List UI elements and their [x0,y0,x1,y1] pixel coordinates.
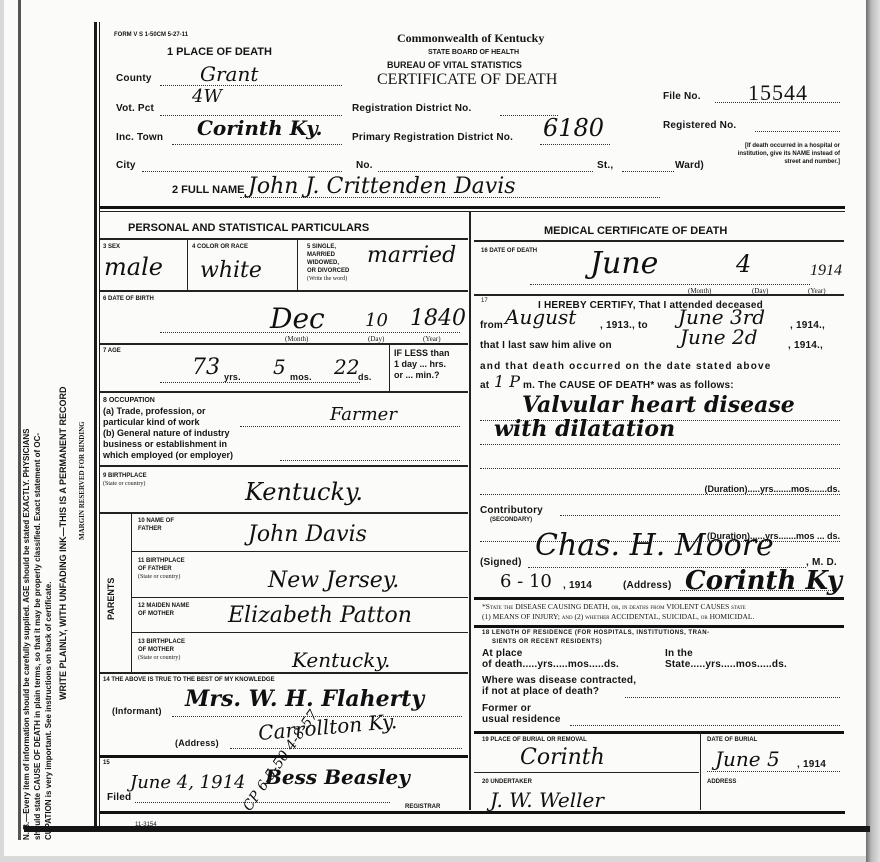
divider-medical-heading [474,240,844,242]
county-value[interactable]: Grant [200,62,258,86]
last-saw-year: , 1914., [788,340,823,351]
informant-label: (Informant) [112,706,162,716]
marital-label-line4: OR DIVORCED [307,267,349,275]
mother-birthplace-label-line3: (State or country) [138,654,185,662]
in-state-line2: State.....yrs.....mos.....ds. [665,659,787,670]
less-than-line1: IF LESS than [394,348,450,359]
inc-town-label: Inc. Town [116,132,163,143]
burial-place-label: 19 PLACE OF BURIAL OR REMOVAL [482,737,587,743]
mother-birthplace-label-line2: OF MOTHER [138,646,185,654]
divider-age [100,391,468,393]
cause-value-2[interactable]: with dilatation [494,416,675,442]
birthplace-label-line2: (State or country) [103,480,147,488]
registrar-label: REGISTRAR [405,804,440,810]
in-state-line1: In the [665,648,787,659]
st-label: St., [597,160,613,171]
from-label: from [480,320,503,331]
form-border-left-thin [99,22,100,832]
registrar-signature[interactable]: Bess Beasley [265,765,410,789]
cause-line-3 [480,468,840,469]
informant-address-line [230,748,462,749]
duration-primary: (Duration).....yrs.......mos.......ds. [480,484,840,495]
age-days[interactable]: 22 [334,355,359,379]
bureau-title: BUREAU OF VITAL STATISTICS [387,60,522,70]
full-name-value[interactable]: John J. Crittenden Davis [248,174,516,199]
dob-day-caption: (Day) [368,335,384,343]
at-label: at [480,380,489,391]
less-than-line2: 1 day ... hrs. [394,359,450,370]
dod-year[interactable]: 1914 [810,262,842,280]
divider-bottom [100,811,845,814]
margin-rule [18,0,21,840]
divider-dob [100,343,468,345]
dob-year[interactable]: 1840 [410,306,466,331]
form-code: FORM V S 1-50CM 5-27-11 [114,32,188,38]
ward-label: Ward) [675,160,704,171]
race-value[interactable]: white [200,258,262,283]
margin-reserved: MARGIN RESERVED FOR BINDING [78,421,86,540]
from-year: , 1913., to [600,320,648,331]
street-line [378,171,593,172]
former-residence: Former or usual residence [482,703,561,725]
dob-label: 6 DATE OF BIRTH [103,296,154,302]
at-place-line1: At place [482,648,619,659]
registration-district-label: Registration District No. [352,103,471,114]
scan-edge-right [866,0,880,862]
mother-name-label: 12 MAIDEN NAME OF MOTHER [138,602,189,618]
sex-label: 3 SEX [103,244,120,250]
certificate-title: CERTIFICATE OF DEATH [377,71,557,89]
registered-no-label: Registered No. [663,120,736,131]
occupation-a-line [240,426,460,427]
mother-name-label-line1: 12 MAIDEN NAME [138,602,189,610]
commonwealth-title: Commonwealth of Kentucky [397,31,544,46]
less-than-line3: or ... min.? [394,370,450,381]
divider-residence [474,731,844,734]
contracted-line2: if not at place of death? [482,686,636,697]
age-years[interactable]: 73 [192,355,220,380]
divider-sex [187,240,188,290]
inc-town-value[interactable]: Corinth Ky. [197,116,322,140]
dod-label: 16 DATE OF DEATH [481,248,537,254]
footnote-line1: *State the DISEASE CAUSING DEATH, or, in… [482,602,754,612]
divider-occupation [100,465,468,467]
birthplace-value[interactable]: Kentucky. [245,478,363,506]
father-birthplace-label: 11 BIRTHPLACE OF FATHER (State or countr… [138,557,185,581]
age-line [160,382,360,383]
marital-label: 5 SINGLE, MARRIED WIDOWED, OR DIVORCED (… [307,243,349,283]
father-name-label-line2: FATHER [138,525,174,533]
city-line [142,171,342,172]
form-border-left [94,22,97,832]
divider-name [100,206,845,209]
no-label: No. [356,160,373,171]
burial-place-line [474,772,699,773]
divider-parents [100,672,468,674]
mother-name-value[interactable]: Elizabeth Patton [228,603,412,628]
occupation-label: 8 OCCUPATION (a) Trade, profession, or p… [103,395,233,461]
residence-heading: 18 LENGTH OF RESIDENCE (FOR HOSPITALS, I… [482,629,710,647]
contributory-line [560,515,840,516]
filed-label: Filed [107,792,131,803]
undertaker-label: 20 UNDERTAKER [482,779,532,785]
divider-name-thin [100,211,845,212]
mother-name-label-line2: OF MOTHER [138,610,189,618]
sex-value[interactable]: male [104,253,163,281]
dod-day[interactable]: 4 [736,250,751,278]
residence-heading-line1: 18 LENGTH OF RESIDENCE (FOR HOSPITALS, I… [482,629,710,638]
divider-father-name [131,551,468,552]
certify-num: 17 [481,298,488,304]
divider-race [297,240,298,290]
former-line2: usual residence [482,714,561,725]
divider-mother-name [131,632,468,633]
occupation-a-line2: particular kind of work [103,417,233,428]
filed-line [135,802,390,803]
marital-label-line5: (Write the word) [307,275,349,283]
parents-label: PARENTS [106,578,116,620]
file-no-value[interactable]: 15544 [748,80,808,106]
dob-year-caption: (Year) [423,335,441,343]
full-name-label: 2 FULL NAME [172,184,245,196]
center-divider [469,212,471,810]
burial-date-line [707,771,840,772]
vot-pct-label: Vot. Pct [116,103,154,114]
birthplace-label: 9 BIRTHPLACE (State or country) [103,472,147,488]
signed-value[interactable]: Chas. H. Moore [535,528,774,563]
ward-line [622,171,674,172]
footer-code: 11-3154 [135,822,157,828]
occupation-b-line3: which employed (or employer) [103,450,233,461]
city-label: City [116,160,136,171]
footnote-line2: (1) MEANS OF INJURY; and (2) whether ACC… [482,612,754,622]
divider-footnote [474,625,844,628]
father-birthplace-value[interactable]: New Jersey. [268,568,399,593]
occurred-text: and that death occurred on the date stat… [480,361,772,372]
from-value[interactable]: August [505,305,576,329]
father-name-label: 10 NAME OF FATHER [138,517,174,533]
cause-line-2 [480,444,840,445]
dob-month[interactable]: Dec [270,302,325,335]
inc-town-line [172,144,342,145]
marital-label-line2: MARRIED [307,251,349,259]
divider-sex-row [100,290,468,292]
former-line1: Former or [482,703,561,714]
dod-line [530,284,810,285]
last-saw-value[interactable]: June 2d [680,325,758,349]
primary-registration-label: Primary Registration District No. [352,132,513,143]
father-birthplace-label-line1: 11 BIRTHPLACE [138,557,185,565]
at-value[interactable]: 1 P [494,372,520,391]
marital-label-line1: 5 SINGLE, [307,243,349,251]
father-birthplace-label-line2: OF FATHER [138,565,185,573]
occupation-b-line2: business or establishment in [103,439,233,450]
place-of-death-heading: 1 PLACE OF DEATH [167,46,272,58]
last-saw-label: that I last saw him alive on [480,340,612,351]
margin-nb-line2: should state CAUSE OF DEATH in plain ter… [33,433,42,840]
occupation-b-line [280,460,460,461]
marital-label-line3: WIDOWED, [307,259,349,267]
dob-month-caption: (Month) [285,335,308,343]
birthplace-label-line1: 9 BIRTHPLACE [103,472,147,480]
age-mos-label: mos. [290,372,312,382]
divider-less-than [389,343,390,391]
age-months[interactable]: 5 [273,355,286,379]
margin-write-plainly: WRITE PLAINLY, WITH UNFADING INK—THIS IS… [58,386,68,700]
personal-heading: PERSONAL AND STATISTICAL PARTICULARS [128,222,369,234]
at-place-line2: of death.....yrs.....mos.....ds. [482,659,619,670]
occupation-heading: 8 OCCUPATION [103,395,233,406]
physician-address-label: (Address) [623,580,671,591]
father-name-value[interactable]: John Davis [248,522,367,547]
primary-registration-value[interactable]: 6180 [543,114,604,142]
physician-address-value[interactable]: Corinth Ky [685,566,842,596]
burial-date-value[interactable]: June 5 [715,747,780,771]
to-year: , 1914., [790,320,825,331]
divider-burial [700,732,701,810]
informant-heading: 14 THE ABOVE IS TRUE TO THE BEST OF MY K… [103,677,275,683]
margin-nb-line1: N. B.—Every item of information should b… [22,429,31,840]
divider-signed [474,597,844,600]
filed-value[interactable]: June 4, 1914 [130,772,245,793]
less-than-box: IF LESS than 1 day ... hrs. or ... min.? [394,348,450,381]
father-birthplace-label-line3: (State or country) [138,573,185,581]
divider-birthplace [100,512,468,514]
disease-contracted: Where was disease contracted, if not at … [482,675,636,697]
dod-month[interactable]: June [590,246,658,281]
divider-father-birthplace [131,597,468,598]
at-place-of-death: At place of death.....yrs.....mos.....ds… [482,648,619,670]
age-yrs-label: yrs. [224,372,241,382]
vot-pct-value[interactable]: 4W [192,86,222,107]
informant-value[interactable]: Mrs. W. H. Flaherty [185,686,424,712]
burial-date-year: , 1914 [797,759,826,770]
margin-nb-line3: CUPATION is very important. See instruct… [44,582,53,840]
medical-heading: MEDICAL CERTIFICATE OF DEATH [544,225,727,237]
parents-divider [131,512,132,672]
informant-address-label: (Address) [175,738,219,748]
mother-birthplace-value[interactable]: Kentucky. [292,648,390,672]
file-no-label: File No. [663,91,701,102]
registered-no-line [755,131,840,132]
age-ds-label: ds. [358,372,372,382]
residence-heading-line2: SIENTS OR RECENT RESIDENTS) [482,638,710,647]
cause-text: m. The CAUSE OF DEATH* was as follows: [523,380,734,391]
mother-birthplace-label-line1: 13 BIRTHPLACE [138,638,185,646]
county-label: County [116,73,152,84]
primary-registration-line [540,144,610,145]
in-the-state: In the State.....yrs.....mos.....ds. [665,648,787,670]
age-label: 7 AGE [103,348,121,354]
undertaker-value[interactable]: J. W. Weller [490,788,604,812]
occupation-value[interactable]: Farmer [330,404,397,425]
occupation-a-line1: (a) Trade, profession, or [103,406,233,417]
board-title: STATE BOARD OF HEALTH [428,49,519,56]
marital-value[interactable]: married [367,243,456,268]
undertaker-address-label: ADDRESS [707,779,736,785]
divider-dod [474,294,844,296]
signed-date[interactable]: 6 - 10 [500,571,552,592]
dob-day[interactable]: 10 [365,310,388,331]
divider-personal-heading [100,238,468,240]
father-name-label-line1: 10 NAME OF [138,517,174,525]
filed-num: 15 [103,760,110,766]
former-residence-line [570,725,840,726]
contracted-line1: Where was disease contracted, [482,675,636,686]
race-label: 4 COLOR OR RACE [192,244,248,250]
mother-birthplace-label: 13 BIRTHPLACE OF MOTHER (State or countr… [138,638,185,662]
signed-label: (Signed) [480,557,522,568]
occupation-b-line1: (b) General nature of industry [103,428,233,439]
contracted-line [625,697,840,698]
hospital-note: [If death occurred in a hospital or inst… [732,142,840,166]
burial-place-value[interactable]: Corinth [520,745,605,770]
secondary-label: (SECONDARY) [490,517,532,523]
burial-date-label: DATE OF BURIAL [707,737,757,743]
contributory-label: Contributory [480,505,543,516]
footnote: *State the DISEASE CAUSING DEATH, or, in… [482,602,754,622]
signed-year: , 1914 [563,580,592,591]
cause-value-1[interactable]: Valvular heart disease [522,392,795,418]
